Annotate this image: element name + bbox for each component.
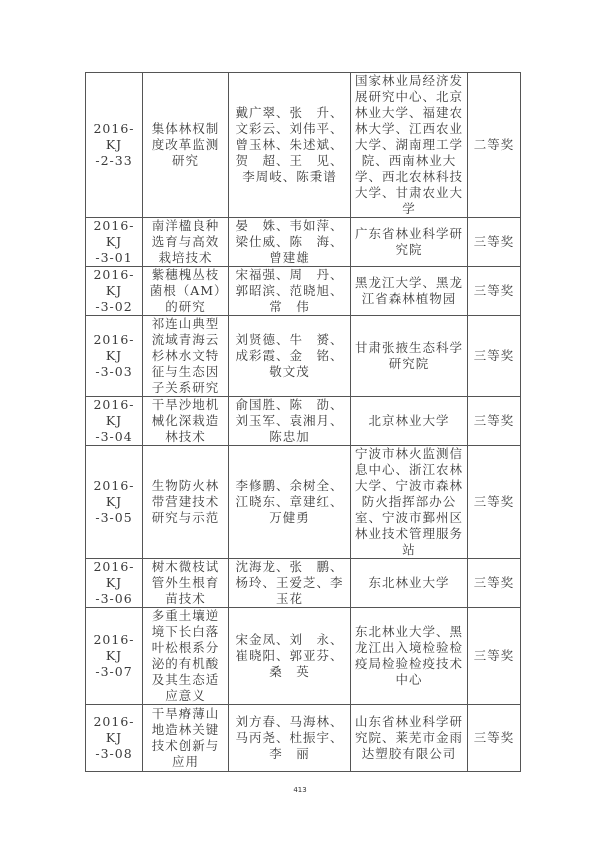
project-organization-cell: 宁波市林火监测信息中心、浙江农林大学、宁波市森林防火指挥部办公室、宁波市鄞州区林… (351, 446, 468, 559)
project-title-cell: 集体林权制度改革监测研究 (143, 73, 229, 218)
project-organization-cell: 广东省林业科学研究院 (351, 218, 468, 267)
project-title-cell: 多重土壤逆境下长白落叶松根系分泌的有机酸及其生态适应意义 (143, 608, 229, 705)
table-row: 2016-KJ -3-05 生物防火林带营建技术研究与示范 李修鹏、余树全、江晓… (86, 446, 521, 559)
table-row: 2016-KJ -3-06 树木微枝试管外生根育苗技术 沈海龙、张 鹏、杨玲、王… (86, 559, 521, 608)
project-title-cell: 紫穗槐丛枝菌根（AM）的研究 (143, 267, 229, 316)
project-id-line2: -3-04 (90, 429, 138, 445)
project-members-cell: 刘贤德、牛 赟、成彩霞、金 铭、敬文茂 (229, 316, 351, 397)
project-id-cell: 2016-KJ -3-05 (86, 446, 143, 559)
project-members-cell: 沈海龙、张 鹏、杨玲、王爱芝、李玉花 (229, 559, 351, 608)
table-row: 2016-KJ -3-08 干旱瘠薄山地造林关键技术创新与应用 刘方春、马海林、… (86, 705, 521, 772)
award-level-cell: 二等奖 (468, 73, 521, 218)
project-title-cell: 生物防火林带营建技术研究与示范 (143, 446, 229, 559)
award-level-cell: 三等奖 (468, 218, 521, 267)
project-title-cell: 南洋楹良种选育与高效栽培技术 (143, 218, 229, 267)
award-level-cell: 三等奖 (468, 397, 521, 446)
table-row: 2016-KJ -2-33 集体林权制度改革监测研究 戴广翠、张 升、文彩云、刘… (86, 73, 521, 218)
project-id-line1: 2016-KJ (90, 632, 138, 664)
project-id-line2: -3-03 (90, 364, 138, 380)
project-id-cell: 2016-KJ -3-01 (86, 218, 143, 267)
project-organization-cell: 东北林业大学 (351, 559, 468, 608)
project-title-cell: 树木微枝试管外生根育苗技术 (143, 559, 229, 608)
award-level-cell: 三等奖 (468, 559, 521, 608)
awards-table: 2016-KJ -2-33 集体林权制度改革监测研究 戴广翠、张 升、文彩云、刘… (85, 72, 521, 772)
award-level-cell: 三等奖 (468, 316, 521, 397)
table-row: 2016-KJ -3-02 紫穗槐丛枝菌根（AM）的研究 宋福强、周 丹、郭昭滨… (86, 267, 521, 316)
project-id-cell: 2016-KJ -3-08 (86, 705, 143, 772)
project-members-cell: 宋福强、周 丹、郭昭滨、范晓旭、常 伟 (229, 267, 351, 316)
project-members-cell: 宋金凤、刘 永、崔晓阳、郭亚芬、桑 英 (229, 608, 351, 705)
project-members-cell: 刘方春、马海林、马丙尧、杜振宇、李 丽 (229, 705, 351, 772)
project-id-line2: -3-01 (90, 250, 138, 266)
project-members-cell: 俞国胜、陈 劭、刘玉军、袁湘月、陈忠加 (229, 397, 351, 446)
project-organization-cell: 山东省林业科学研究院、莱芜市金雨达塑胶有限公司 (351, 705, 468, 772)
table-row: 2016-KJ -3-07 多重土壤逆境下长白落叶松根系分泌的有机酸及其生态适应… (86, 608, 521, 705)
project-organization-cell: 甘肃张掖生态科学研究院 (351, 316, 468, 397)
project-id-line2: -3-05 (90, 510, 138, 526)
project-id-line1: 2016-KJ (90, 121, 138, 153)
project-id-line1: 2016-KJ (90, 218, 138, 250)
document-page: 2016-KJ -2-33 集体林权制度改革监测研究 戴广翠、张 升、文彩云、刘… (0, 0, 600, 848)
project-id-cell: 2016-KJ -3-06 (86, 559, 143, 608)
award-level-cell: 三等奖 (468, 608, 521, 705)
project-organization-cell: 黑龙江大学、黑龙江省森林植物园 (351, 267, 468, 316)
table-row: 2016-KJ -3-01 南洋楹良种选育与高效栽培技术 晏 姝、韦如萍、梁仕威… (86, 218, 521, 267)
project-id-cell: 2016-KJ -3-04 (86, 397, 143, 446)
project-organization-cell: 东北林业大学、黑龙江出入境检验检疫局检验检疫技术中心 (351, 608, 468, 705)
project-id-cell: 2016-KJ -2-33 (86, 73, 143, 218)
table-row: 2016-KJ -3-03 祁连山典型流域青海云杉林水文特征与生态因子关系研究 … (86, 316, 521, 397)
project-id-line1: 2016-KJ (90, 267, 138, 299)
project-id-line1: 2016-KJ (90, 559, 138, 591)
page-number: 413 (0, 786, 600, 794)
project-id-line2: -3-06 (90, 591, 138, 607)
project-id-line1: 2016-KJ (90, 478, 138, 510)
award-level-cell: 三等奖 (468, 267, 521, 316)
project-id-cell: 2016-KJ -3-03 (86, 316, 143, 397)
awards-table-body: 2016-KJ -2-33 集体林权制度改革监测研究 戴广翠、张 升、文彩云、刘… (86, 73, 521, 772)
project-id-line2: -3-02 (90, 299, 138, 315)
project-id-line1: 2016-KJ (90, 397, 138, 429)
project-title-cell: 干旱沙地机械化深栽造林技术 (143, 397, 229, 446)
project-id-line1: 2016-KJ (90, 332, 138, 364)
award-level-cell: 三等奖 (468, 705, 521, 772)
project-members-cell: 李修鹏、余树全、江晓东、章建红、万健勇 (229, 446, 351, 559)
project-id-line2: -2-33 (90, 153, 138, 169)
award-level-cell: 三等奖 (468, 446, 521, 559)
project-id-cell: 2016-KJ -3-02 (86, 267, 143, 316)
project-organization-cell: 国家林业局经济发展研究中心、北京林业大学、福建农林大学、江西农业大学、湖南理工学… (351, 73, 468, 218)
project-id-cell: 2016-KJ -3-07 (86, 608, 143, 705)
project-title-cell: 祁连山典型流域青海云杉林水文特征与生态因子关系研究 (143, 316, 229, 397)
project-members-cell: 晏 姝、韦如萍、梁仕威、陈 海、曾建雄 (229, 218, 351, 267)
project-organization-cell: 北京林业大学 (351, 397, 468, 446)
project-id-line2: -3-07 (90, 664, 138, 680)
project-title-cell: 干旱瘠薄山地造林关键技术创新与应用 (143, 705, 229, 772)
project-members-cell: 戴广翠、张 升、文彩云、刘伟平、曾玉林、朱述斌、贺 超、王 见、李周岐、陈秉谱 (229, 73, 351, 218)
project-id-line1: 2016-KJ (90, 714, 138, 746)
project-id-line2: -3-08 (90, 746, 138, 762)
table-row: 2016-KJ -3-04 干旱沙地机械化深栽造林技术 俞国胜、陈 劭、刘玉军、… (86, 397, 521, 446)
